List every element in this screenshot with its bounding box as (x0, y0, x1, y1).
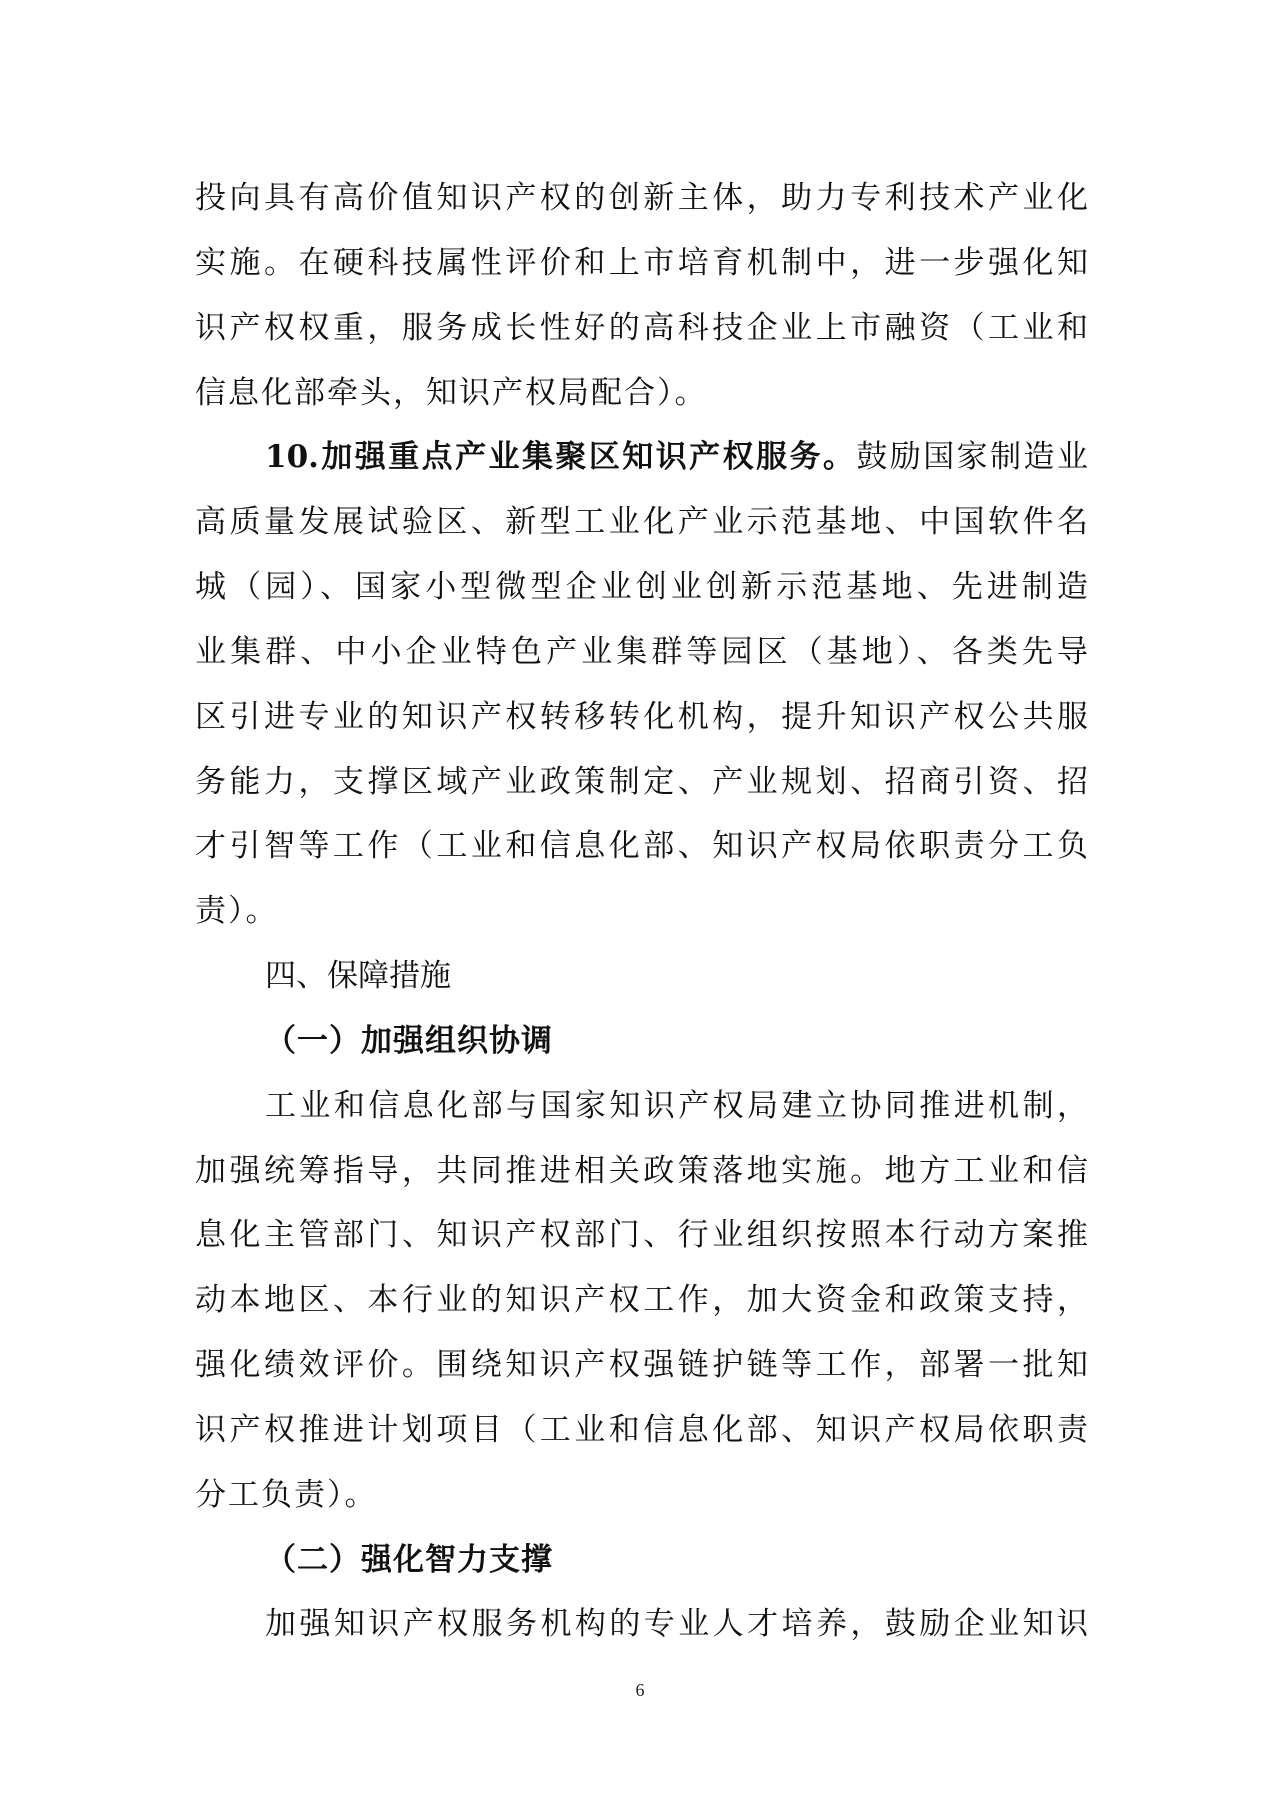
subsection-heading: （二）强化智力支撑 (195, 1540, 1088, 1580)
body-text: 区引进专业的知识产权转移转化机构，提升知识产权公共服 (195, 699, 1088, 735)
body-text: 。 (345, 1477, 378, 1513)
body-text: 才引智等工作 (195, 828, 402, 864)
paragraph-line: 投向具有高价值知识产权的创新主体，助力专利技术产业化 (195, 178, 1088, 218)
body-text: 业集群、中小企业特色产业集群等园区（基地）、各类先导 (195, 634, 1088, 670)
paragraph-line: 责）。 (195, 891, 1088, 931)
item-10-title: 10.加强重点产业集聚区知识产权服务。 (265, 439, 856, 475)
paragraph-line: 动本地区、本行业的知识产权工作，加大资金和政策支持， (195, 1280, 1088, 1320)
body-text: 动本地区、本行业的知识产权工作，加大资金和政策支持， (195, 1282, 1088, 1318)
paragraph-line: 务能力，支撑区域产业政策制定、产业规划、招商引资、招 (195, 762, 1088, 802)
paragraph-line: 加强知识产权服务机构的专业人才培养，鼓励企业知识 (195, 1604, 1088, 1644)
body-text: 识产权推进计划项目 (195, 1412, 505, 1448)
body-text: 。 (675, 375, 708, 411)
responsibility-note: （工业和信息化部、知识产权局依职责分工负 (402, 828, 1088, 864)
paragraph-line: 加强统筹指导，共同推进相关政策落地实施。地方工业和信 (195, 1151, 1088, 1191)
paragraph-line: 分工负责）。 (195, 1475, 1088, 1515)
body-text: 实施。在硬科技属性评价和上市培育机制中，进一步强化知 (195, 245, 1088, 281)
paragraph-line: 区引进专业的知识产权转移转化机构，提升知识产权公共服 (195, 697, 1088, 737)
body-text: 高质量发展试验区、新型工业化产业示范基地、中国软件名 (195, 504, 1088, 540)
subsection-title: （二）强化智力支撑 (265, 1542, 553, 1578)
body-text: 识产权权重，服务成长性好的高科技企业上市融资 (195, 310, 954, 346)
body-text: 鼓励国家制造业 (856, 439, 1088, 475)
body-text: 息化主管部门、知识产权部门、行业组织按照本行动方案推 (195, 1217, 1088, 1253)
paragraph-line: 识产权推进计划项目（工业和信息化部、知识产权局依职责 (195, 1410, 1088, 1450)
responsibility-note: 信息化部牵头，知识产权局配合） (195, 375, 675, 411)
paragraph-line: 强化绩效评价。围绕知识产权强链护链等工作，部署一批知 (195, 1345, 1088, 1385)
paragraph-line: 信息化部牵头，知识产权局配合）。 (195, 373, 1088, 413)
body-text: 加强统筹指导，共同推进相关政策落地实施。地方工业和信 (195, 1153, 1088, 1189)
body-text: 投向具有高价值知识产权的创新主体，助力专利技术产业化 (195, 180, 1088, 216)
body-text: 城（园）、国家小型微型企业创业创新示范基地、先进制造 (195, 569, 1088, 605)
paragraph-line: 工业和信息化部与国家知识产权局建立协同推进机制， (195, 1086, 1088, 1126)
body-text: 。 (246, 893, 279, 929)
paragraph-line: 息化主管部门、知识产权部门、行业组织按照本行动方案推 (195, 1215, 1088, 1255)
page-number: 6 (600, 1680, 680, 1701)
paragraph-line: 业集群、中小企业特色产业集群等园区（基地）、各类先导 (195, 632, 1088, 672)
section-title: 四、保障措施 (265, 958, 451, 994)
body-text: 务能力，支撑区域产业政策制定、产业规划、招商引资、招 (195, 764, 1088, 800)
paragraph-line: 高质量发展试验区、新型工业化产业示范基地、中国软件名 (195, 502, 1088, 542)
responsibility-note: 责） (195, 893, 246, 929)
body-text: 强化绩效评价。围绕知识产权强链护链等工作，部署一批知 (195, 1347, 1088, 1383)
paragraph-line: 识产权权重，服务成长性好的高科技企业上市融资（工业和 (195, 308, 1088, 348)
body-text: 工业和信息化部与国家知识产权局建立协同推进机制， (265, 1088, 1088, 1124)
subsection-heading: （一）加强组织协调 (195, 1021, 1088, 1061)
paragraph-line: 才引智等工作（工业和信息化部、知识产权局依职责分工负 (195, 826, 1088, 866)
paragraph-line: 实施。在硬科技属性评价和上市培育机制中，进一步强化知 (195, 243, 1088, 283)
responsibility-note: （工业和 (954, 310, 1088, 346)
responsibility-note: 分工负责） (195, 1477, 345, 1513)
paragraph-line: 城（园）、国家小型微型企业创业创新示范基地、先进制造 (195, 567, 1088, 607)
item-10-heading-line: 10.加强重点产业集聚区知识产权服务。鼓励国家制造业 (195, 437, 1088, 477)
body-text: 加强知识产权服务机构的专业人才培养，鼓励企业知识 (265, 1606, 1088, 1642)
section-heading: 四、保障措施 (195, 956, 1088, 996)
document-page: 投向具有高价值知识产权的创新主体，助力专利技术产业化 实施。在硬科技属性评价和上… (0, 0, 1280, 1810)
subsection-title: （一）加强组织协调 (265, 1023, 553, 1059)
responsibility-note: （工业和信息化部、知识产权局依职责 (505, 1412, 1088, 1448)
